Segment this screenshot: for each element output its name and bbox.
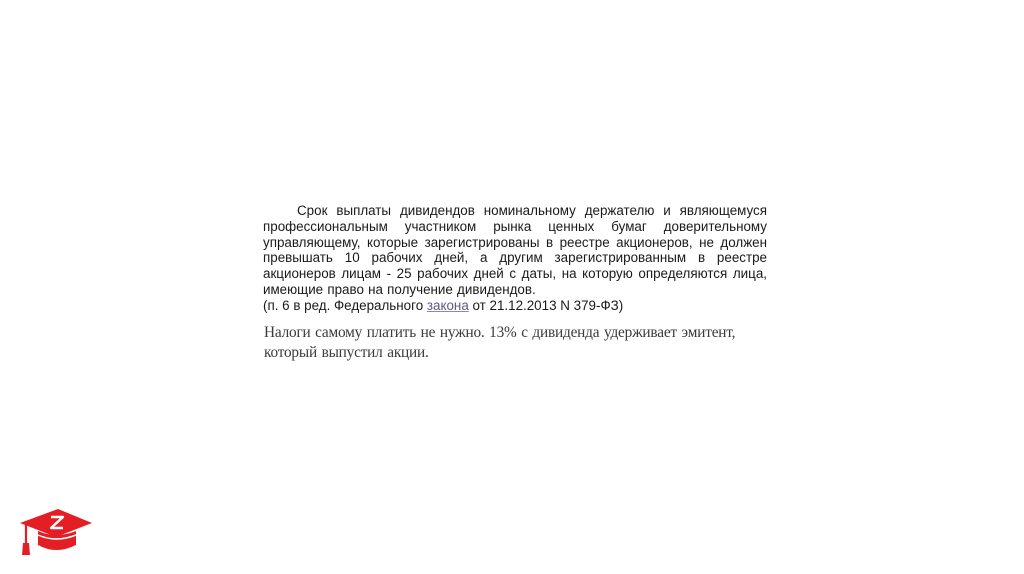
law-reference-suffix: от 21.12.2013 N 379-ФЗ) — [469, 298, 623, 313]
tax-note: Налоги самому платить не нужно. 13% с ди… — [264, 323, 764, 362]
law-reference-prefix: (п. 6 в ред. Федерального — [263, 298, 427, 313]
law-paragraph: Срок выплаты дивидендов номинальному дер… — [263, 203, 767, 298]
law-reference: (п. 6 в ред. Федерального закона от 21.1… — [263, 298, 767, 314]
law-excerpt: Срок выплаты дивидендов номинальному дер… — [263, 203, 767, 314]
graduation-cap-icon — [18, 505, 94, 561]
tax-note-line-1: Налоги самому платить не нужно. 13% с ди… — [264, 323, 764, 343]
law-link[interactable]: закона — [427, 298, 469, 313]
slide: Срок выплаты дивидендов номинальному дер… — [0, 0, 1024, 574]
tax-note-line-2: который выпустил акции. — [264, 343, 764, 363]
